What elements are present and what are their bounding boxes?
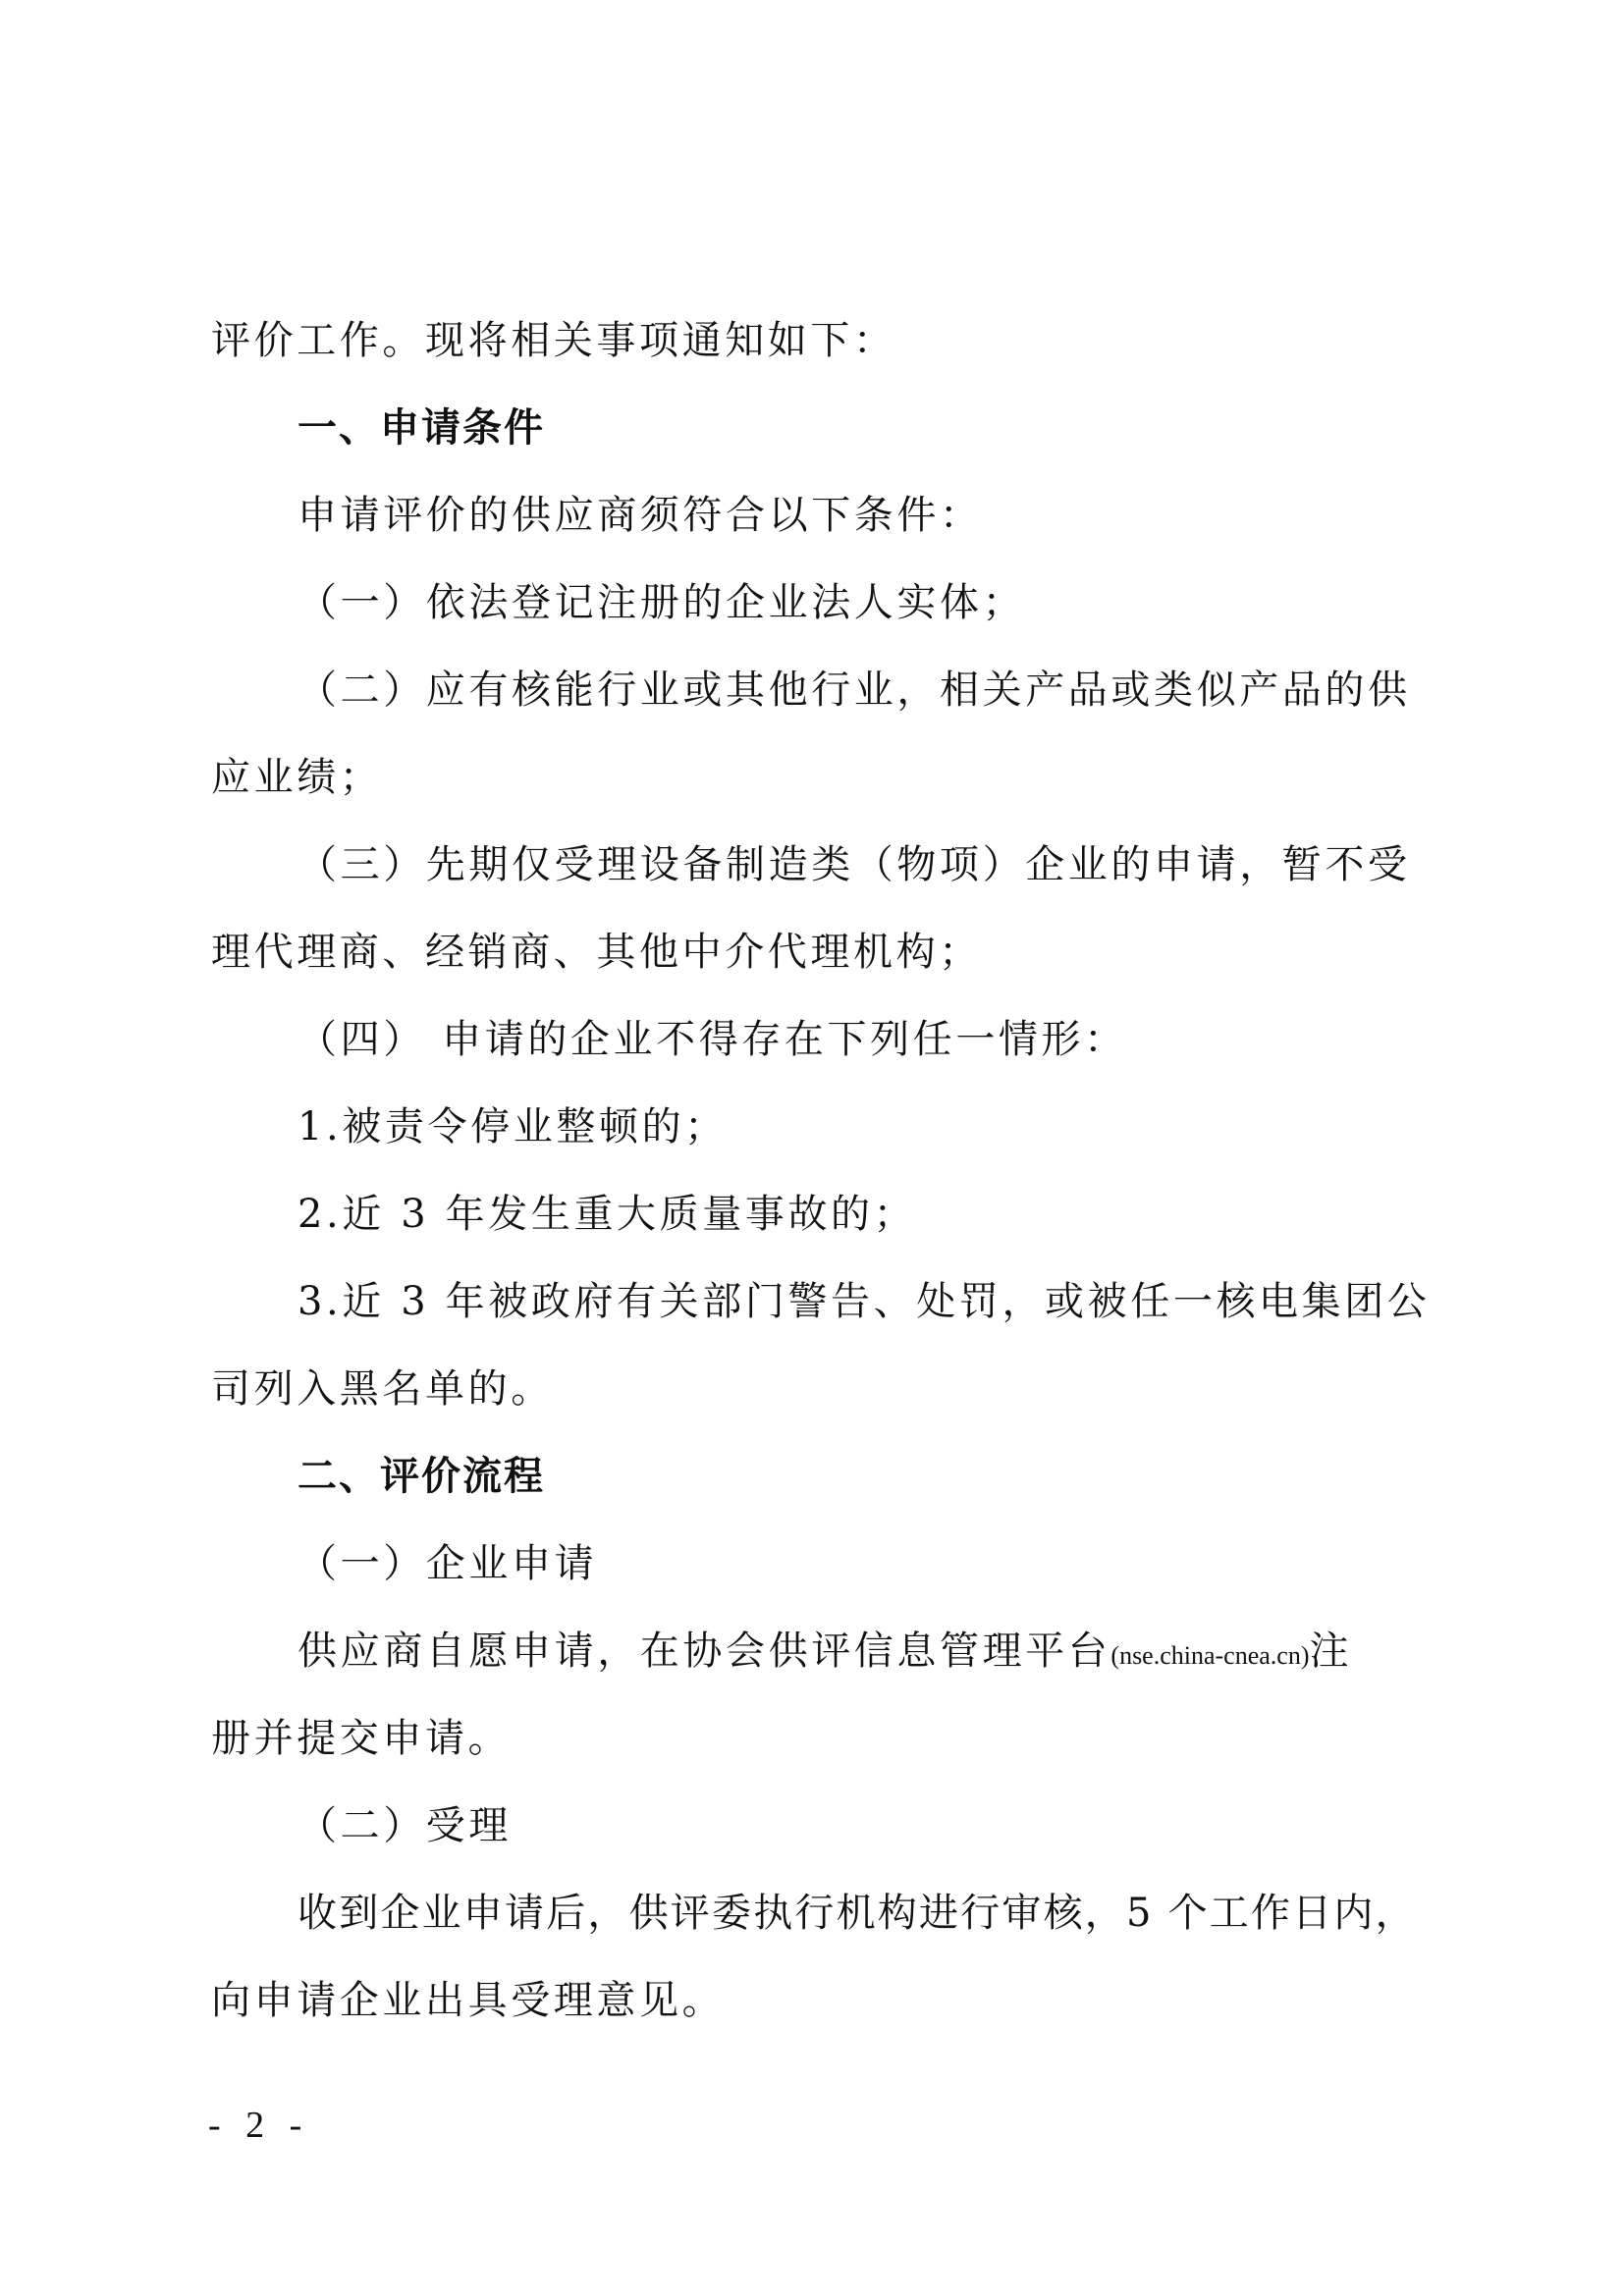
- exclusion-item-1: 1.被责令停业整顿的；: [298, 1097, 1515, 1156]
- process-step-1-body: 供应商自愿申请，在协会供评信息管理平台(nse.china-cnea.cn)注: [298, 1622, 1515, 1681]
- conditions-intro: 申请评价的供应商须符合以下条件：: [298, 486, 1515, 545]
- process-step-1-text-end: 注: [1310, 1629, 1353, 1674]
- condition-item-2: （二）应有核能行业或其他行业，相关产品或类似产品的供: [298, 661, 1515, 720]
- section-heading-evaluation-process: 二、评价流程: [298, 1447, 1515, 1506]
- exclusion-item-3-continuation: 司列入黑名单的。: [211, 1360, 1429, 1418]
- process-step-2-body: 收到企业申请后，供评委执行机构进行审核，5 个工作日内，: [298, 1884, 1515, 1943]
- condition-item-4: （四） 申请的企业不得存在下列任一情形：: [298, 1010, 1515, 1069]
- page-number: - 2 -: [208, 2101, 309, 2150]
- section-heading-application-conditions: 一、申请条件: [298, 399, 1515, 457]
- process-step-1-text: 供应商自愿申请，在协会供评信息管理平台: [298, 1629, 1110, 1674]
- platform-url-link[interactable]: (nse.china-cnea.cn): [1110, 1641, 1309, 1670]
- process-step-2-continuation: 向申请企业出具受理意见。: [211, 1971, 1429, 2030]
- condition-item-1: （一）依法登记注册的企业法人实体；: [298, 573, 1515, 632]
- process-step-2-title: （二）受理: [298, 1796, 1515, 1855]
- paragraph-continuation: 评价工作。现将相关事项通知如下：: [211, 311, 1429, 370]
- condition-item-3-continuation: 理代理商、经销商、其他中介代理机构；: [211, 923, 1429, 982]
- document-page: 评价工作。现将相关事项通知如下： 一、申请条件 申请评价的供应商须符合以下条件：…: [0, 0, 1624, 2296]
- process-step-1-continuation: 册并提交申请。: [211, 1709, 1429, 1768]
- exclusion-item-3: 3.近 3 年被政府有关部门警告、处罚，或被任一核电集团公: [298, 1272, 1515, 1331]
- condition-item-3: （三）先期仅受理设备制造类（物项）企业的申请，暂不受: [298, 835, 1515, 894]
- process-step-1-title: （一）企业申请: [298, 1534, 1515, 1593]
- exclusion-item-2: 2.近 3 年发生重大质量事故的；: [298, 1185, 1515, 1244]
- condition-item-2-continuation: 应业绩；: [211, 748, 1429, 807]
